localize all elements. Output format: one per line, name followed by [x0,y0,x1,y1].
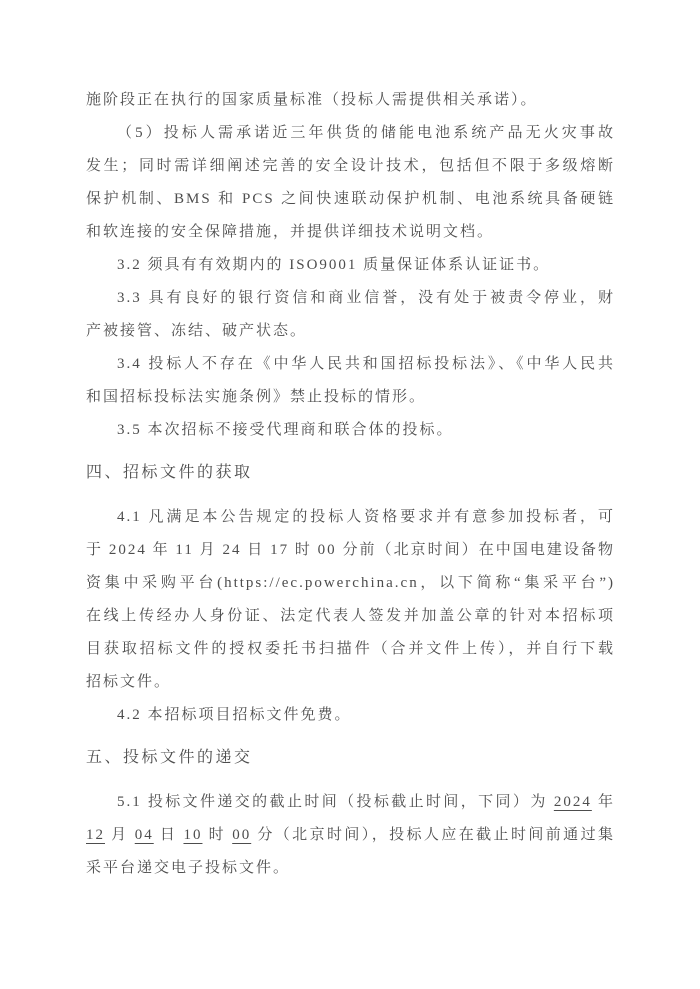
text-segment: 和国招标投标法实施条例》禁止投标的情形。 [86,389,426,405]
paragraph: 施阶段正在执行的国家质量标准（投标人需提供相关承诺）。 [86,84,615,117]
paragraph: 3.5 本次招标不接受代理商和联合体的投标。 [86,414,615,447]
text-segment: 3.2 须具有有效期内的 ISO9001 质量保证体系认证证书。 [117,257,550,273]
text-segment: 施阶段正在执行的国家质量标准（投标人需提供相关承诺）。 [86,92,538,108]
text-line: 5.1 投标文件递交的截止时间（投标截止时间，下同）为 2024 年 [86,786,615,819]
text-line: 于 2024 年 11 月 24 日 17 时 00 分前（北京时间）在中国电建… [86,534,615,567]
text-segment: 时 [202,827,232,843]
text-line: （5）投标人需承诺近三年供货的储能电池系统产品无火灾事故 [86,117,615,150]
underlined-value: 12 [86,827,105,843]
text-line: 施阶段正在执行的国家质量标准（投标人需提供相关承诺）。 [86,84,615,117]
underlined-value: 04 [135,827,154,843]
text-segment: （5）投标人需承诺近三年供货的储能电池系统产品无火灾事故 [117,125,615,141]
underlined-value: 2024 [554,794,592,810]
text-segment: 日 [154,827,184,843]
text-line: 和软连接的安全保障措施，并提供详细技术说明文档。 [86,216,615,249]
paragraph: 3.2 须具有有效期内的 ISO9001 质量保证体系认证证书。 [86,249,615,282]
paragraph: 4.2 本招标项目招标文件免费。 [86,699,615,732]
text-line: 3.4 投标人不存在《中华人民共和国招标投标法》、《中华人民共 [86,348,615,381]
document-content: 施阶段正在执行的国家质量标准（投标人需提供相关承诺）。（5）投标人需承诺近三年供… [86,84,615,885]
paragraph: 3.4 投标人不存在《中华人民共和国招标投标法》、《中华人民共和国招标投标法实施… [86,348,615,414]
text-segment: 分（北京时间），投标人应在截止时间前通过集 [251,827,615,843]
text-segment: 月 [105,827,135,843]
text-line: 和国招标投标法实施条例》禁止投标的情形。 [86,381,615,414]
text-line: 在线上传经办人身份证、法定代表人签发并加盖公章的针对本招标项 [86,600,615,633]
text-line: 4.2 本招标项目招标文件免费。 [86,699,615,732]
text-line: 产被接管、冻结、破产状态。 [86,315,615,348]
text-segment: 采平台递交电子投标文件。 [86,860,290,876]
text-line: 发生；同时需详细阐述完善的安全设计技术，包括但不限于多级熔断 [86,150,615,183]
text-segment: 3.3 具有良好的银行资信和商业信誉，没有处于被责令停业，财 [117,290,615,306]
text-segment: 产被接管、冻结、破产状态。 [86,323,307,339]
text-segment: 5.1 投标文件递交的截止时间（投标截止时间，下同）为 [117,794,554,810]
text-line: 3.2 须具有有效期内的 ISO9001 质量保证体系认证证书。 [86,249,615,282]
text-line: 3.5 本次招标不接受代理商和联合体的投标。 [86,414,615,447]
text-segment: 资集中采购平台(https://ec.powerchina.cn，以下简称“集采… [86,575,615,591]
text-segment: 3.5 本次招标不接受代理商和联合体的投标。 [117,422,454,438]
text-segment: 于 2024 年 11 月 24 日 17 时 00 分前（北京时间）在中国电建… [86,542,615,558]
text-segment: 3.4 投标人不存在《中华人民共和国招标投标法》、《中华人民共 [117,356,615,372]
paragraph: 4.1 凡满足本公告规定的投标人资格要求并有意参加投标者，可于 2024 年 1… [86,501,615,699]
text-line: 12 月 04 日 10 时 00 分（北京时间），投标人应在截止时间前通过集 [86,819,615,852]
text-segment: 招标文件。 [86,674,171,690]
text-segment: 发生；同时需详细阐述完善的安全设计技术，包括但不限于多级熔断 [86,158,615,174]
text-segment: 4.1 凡满足本公告规定的投标人资格要求并有意参加投标者，可 [117,509,615,525]
text-line: 招标文件。 [86,666,615,699]
text-segment: 在线上传经办人身份证、法定代表人签发并加盖公章的针对本招标项 [86,608,615,624]
section-heading: 五、投标文件的递交 [86,741,615,774]
text-line: 保护机制、BMS 和 PCS 之间快速联动保护机制、电池系统具备硬链接 [86,183,615,216]
text-line: 目获取招标文件的授权委托书扫描件（合并文件上传），并自行下载 [86,633,615,666]
section-heading: 四、招标文件的获取 [86,456,615,489]
paragraph: 5.1 投标文件递交的截止时间（投标截止时间，下同）为 2024 年12 月 0… [86,786,615,885]
paragraph: （5）投标人需承诺近三年供货的储能电池系统产品无火灾事故发生；同时需详细阐述完善… [86,117,615,249]
text-segment: 年 [592,794,615,810]
text-segment: 4.2 本招标项目招标文件免费。 [117,707,352,723]
text-segment: 目获取招标文件的授权委托书扫描件（合并文件上传），并自行下载 [86,641,615,657]
underlined-value: 00 [232,827,251,843]
text-line: 资集中采购平台(https://ec.powerchina.cn，以下简称“集采… [86,567,615,600]
document-page: 施阶段正在执行的国家质量标准（投标人需提供相关承诺）。（5）投标人需承诺近三年供… [0,0,700,989]
text-segment: 和软连接的安全保障措施，并提供详细技术说明文档。 [86,224,494,240]
text-line: 3.3 具有良好的银行资信和商业信誉，没有处于被责令停业，财 [86,282,615,315]
text-line: 4.1 凡满足本公告规定的投标人资格要求并有意参加投标者，可 [86,501,615,534]
text-line: 采平台递交电子投标文件。 [86,852,615,885]
underlined-value: 10 [183,827,202,843]
text-segment: 保护机制、BMS 和 PCS 之间快速联动保护机制、电池系统具备硬链接 [86,191,615,216]
paragraph: 3.3 具有良好的银行资信和商业信誉，没有处于被责令停业，财产被接管、冻结、破产… [86,282,615,348]
